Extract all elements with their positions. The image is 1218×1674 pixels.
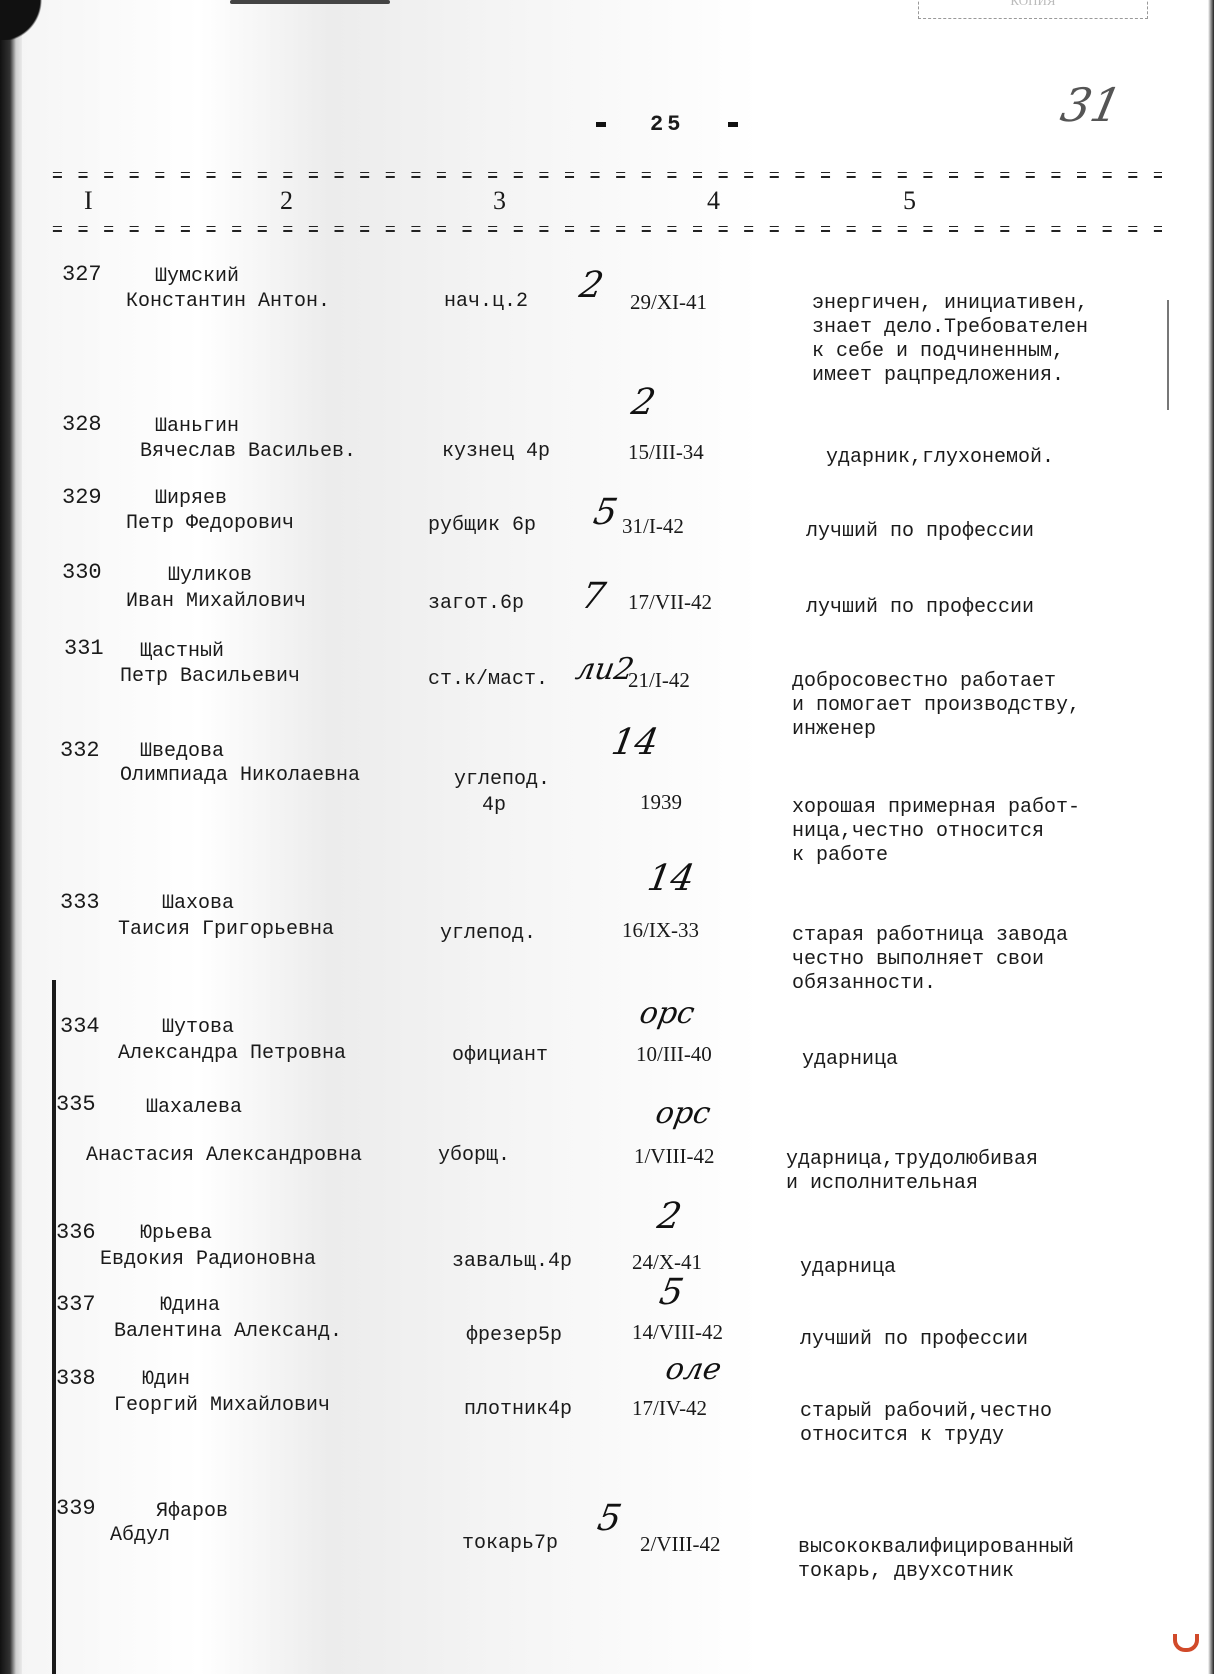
given-names: Иван Михайлович	[126, 590, 306, 613]
page-number: 25	[552, 112, 782, 137]
header-separator-top: = = = = = = = = = = = = = = = = = = = = …	[52, 172, 1162, 182]
entry-number: 329	[62, 485, 102, 510]
given-names: Анастасия Александровна	[86, 1144, 362, 1167]
characteristic-note: лучший по профессии	[806, 596, 1034, 620]
given-names: Вячеслав Васильев.	[140, 440, 356, 463]
handwritten-mark: орс	[637, 996, 697, 1031]
position: углепод.	[440, 922, 536, 945]
handwritten-folio-number: 31	[1056, 78, 1126, 132]
position: углепод.	[454, 768, 550, 791]
given-names: Петр Федорович	[126, 512, 294, 535]
column-number-5: 5	[903, 186, 916, 216]
surname: Юрьева	[140, 1222, 212, 1245]
position: токарь7р	[462, 1532, 558, 1555]
position: кузнец 4р	[442, 440, 550, 463]
characteristic-note: энергичен, инициативен, знает дело.Требо…	[812, 292, 1088, 388]
handwritten-mark: 14	[644, 858, 697, 899]
handwritten-mark: 2	[654, 1196, 684, 1237]
characteristic-note: добросовестно работает и помогает произв…	[792, 670, 1080, 742]
left-binding-shadow	[0, 0, 22, 1674]
given-names: Георгий Михайлович	[114, 1394, 330, 1417]
given-names: Олимпиада Николаевна	[120, 764, 360, 787]
position: нач.ц.2	[444, 290, 528, 313]
given-names: Петр Васильевич	[120, 665, 300, 688]
date: 29/XI-41	[630, 290, 707, 315]
entry-number: 335	[56, 1092, 96, 1117]
entry-number: 331	[64, 636, 104, 661]
entry-number: 330	[62, 560, 102, 585]
right-edge-shadow	[1208, 0, 1214, 1674]
surname: Шумский	[155, 265, 239, 288]
dash-right	[728, 122, 738, 127]
handwritten-mark: 5	[656, 1272, 686, 1313]
handwritten-mark: 7	[578, 576, 608, 617]
date: 17/VII-42	[628, 590, 712, 615]
date: 1939	[640, 790, 682, 815]
characteristic-note: лучший по профессии	[806, 520, 1034, 544]
corner-shadow	[0, 0, 80, 40]
position: загот.6р	[428, 592, 524, 615]
surname: Яфаров	[156, 1500, 228, 1523]
position: плотник4р	[464, 1398, 572, 1421]
left-margin-rule	[52, 980, 56, 1674]
handwritten-mark: 2	[576, 265, 606, 306]
characteristic-note: ударница,трудолюбивая и исполнительная	[786, 1148, 1038, 1196]
date: 16/IX-33	[622, 918, 699, 943]
position: завальщ.4р	[452, 1250, 572, 1273]
position: рубщик 6р	[428, 514, 536, 537]
archive-stamp: КОПИЯ	[918, 0, 1148, 19]
right-margin-mark	[1167, 300, 1169, 410]
entry-number: 338	[56, 1366, 96, 1391]
given-names: Евдокия Радионовна	[100, 1248, 316, 1271]
column-number-1: I	[84, 186, 93, 216]
entry-number: 328	[62, 412, 102, 437]
handwritten-mark: 5	[594, 1498, 624, 1539]
date: 1/VIII-42	[634, 1144, 714, 1169]
given-names: Александра Петровна	[118, 1042, 346, 1065]
entry-number: 327	[62, 262, 102, 287]
position: уборщ.	[438, 1144, 510, 1167]
date: 15/III-34	[628, 440, 704, 465]
date: 21/I-42	[628, 668, 690, 693]
entry-number: 332	[60, 738, 100, 763]
characteristic-note: ударница	[802, 1048, 898, 1072]
position-grade: 4р	[482, 794, 506, 817]
characteristic-note: старый рабочий,честно относится к труду	[800, 1400, 1052, 1448]
entry-number: 333	[60, 890, 100, 915]
handwritten-mark: 2	[628, 382, 658, 423]
given-names: Валентина Александ.	[114, 1320, 342, 1343]
entry-number: 336	[56, 1220, 96, 1245]
given-names: Таисия Григорьевна	[118, 918, 334, 941]
position: ст.к/маст.	[428, 668, 548, 691]
surname: Шаньгин	[155, 415, 239, 438]
characteristic-note: высококвалифицированный токарь, двухсотн…	[798, 1536, 1074, 1584]
surname: Шахова	[162, 892, 234, 915]
date: 31/I-42	[622, 514, 684, 539]
characteristic-note: ударница	[800, 1256, 896, 1280]
given-names: Абдул	[110, 1524, 170, 1547]
column-number-4: 4	[707, 186, 720, 216]
surname: Шутова	[162, 1016, 234, 1039]
column-number-2: 2	[280, 186, 293, 216]
surname: Юдина	[160, 1294, 220, 1317]
date: 10/III-40	[636, 1042, 712, 1067]
top-ink-mark	[230, 0, 390, 4]
surname: Шведова	[140, 740, 224, 763]
entry-number: 339	[56, 1496, 96, 1521]
surname: Шуликов	[168, 564, 252, 587]
handwritten-mark: оле	[663, 1352, 724, 1387]
handwritten-mark: орс	[653, 1096, 713, 1131]
position: официант	[452, 1044, 548, 1067]
given-names: Константин Антон.	[126, 290, 330, 313]
characteristic-note: хорошая примерная работ- ница,честно отн…	[792, 796, 1080, 868]
handwritten-mark: 5	[590, 492, 620, 533]
corner-logo-mark	[1173, 1634, 1199, 1652]
date: 14/VIII-42	[632, 1320, 723, 1345]
date: 17/IV-42	[632, 1396, 707, 1421]
column-number-3: 3	[493, 186, 506, 216]
archival-document-page: КОПИЯ 25 31 = = = = = = = = = = = = = = …	[0, 0, 1218, 1674]
header-separator-bottom: = = = = = = = = = = = = = = = = = = = = …	[52, 226, 1162, 236]
date: 2/VIII-42	[640, 1532, 720, 1557]
surname: Шахалева	[146, 1096, 242, 1119]
position: фрезер5р	[466, 1324, 562, 1347]
surname: Ширяев	[155, 487, 227, 510]
page-number-text: 25	[650, 112, 684, 137]
dash-left	[596, 122, 606, 127]
entry-number: 334	[60, 1014, 100, 1039]
characteristic-note: лучший по профессии	[800, 1328, 1028, 1352]
surname: Юдин	[142, 1368, 190, 1391]
handwritten-mark: 14	[608, 722, 661, 763]
entry-number: 337	[56, 1292, 96, 1317]
characteristic-note: старая работница завода честно выполняет…	[792, 924, 1068, 996]
surname: Щастный	[140, 640, 224, 663]
characteristic-note: ударник,глухонемой.	[826, 446, 1054, 470]
